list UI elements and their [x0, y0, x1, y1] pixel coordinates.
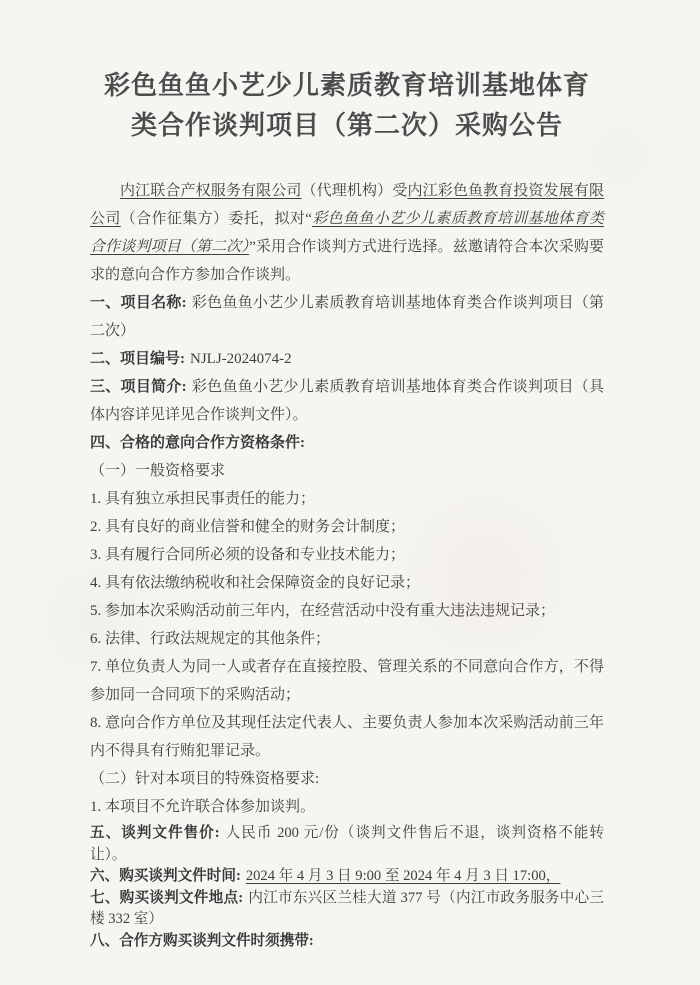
agency-name: 内江联合产权服务有限公司 — [120, 183, 302, 199]
purchase-info-block: 五、谈判文件售价:人民币 200 元/份（谈判文件售后不退，谈判资格不能转让）。… — [90, 823, 604, 952]
intro-paragraph: 内江联合产权服务有限公司（代理机构）受内江彩色鱼教育投资发展有限公司（合作征集方… — [90, 177, 604, 289]
section-project-name: 一、项目名称:彩色鱼鱼小艺少儿素质教育培训基地体育类合作谈判项目（第二次） — [90, 289, 604, 345]
special-item-1: 1. 本项目不允许联合体参加谈判。 — [90, 793, 604, 821]
document-title-line-1: 彩色鱼鱼小艺少儿素质教育培训基地体育 — [90, 66, 604, 106]
general-qualification-heading: （一）一般资格要求 — [90, 457, 604, 485]
section-bring-documents-heading: 八、合作方购买谈判文件时须携带: — [90, 931, 604, 953]
general-item-4: 4. 具有依法缴纳税收和社会保障资金的良好记录； — [90, 569, 604, 597]
general-item-5: 5. 参加本次采购活动前三年内，在经营活动中没有重大违法违规记录； — [90, 597, 604, 625]
document-title-line-2: 类合作谈判项目（第二次）采购公告 — [90, 106, 604, 146]
section-document-price: 五、谈判文件售价:人民币 200 元/份（谈判文件售后不退，谈判资格不能转让）。 — [90, 823, 604, 866]
general-item-6: 6. 法律、行政法规规定的其他条件； — [90, 625, 604, 653]
general-item-2: 2. 具有良好的商业信誉和健全的财务会计制度； — [90, 513, 604, 541]
document-body: 内江联合产权服务有限公司（代理机构）受内江彩色鱼教育投资发展有限公司（合作征集方… — [90, 177, 604, 952]
section-project-brief: 三、项目简介:彩色鱼鱼小艺少儿素质教育培训基地体育类合作谈判项目（具体内容详见详… — [90, 373, 604, 429]
section-2-value: NJLJ-2024074-2 — [190, 351, 292, 367]
section-2-label: 二、项目编号: — [90, 351, 185, 367]
general-item-1: 1. 具有独立承担民事责任的能力； — [90, 485, 604, 513]
section-6-value: 2024 年 4 月 3 日 9:00 至 2024 年 4 月 3 日 17:… — [246, 868, 561, 884]
section-5-label: 五、谈判文件售价: — [90, 825, 220, 841]
section-purchase-time: 六、购买谈判文件时间:2024 年 4 月 3 日 9:00 至 2024 年 … — [90, 866, 604, 888]
intro-text-1: （代理机构）受 — [302, 183, 408, 199]
section-project-number: 二、项目编号:NJLJ-2024074-2 — [90, 345, 604, 373]
section-purchase-location: 七、购买谈判文件地点:内江市东兴区兰桂大道 377 号（内江市政务服务中心三楼 … — [90, 888, 604, 931]
section-1-label: 一、项目名称: — [90, 295, 187, 311]
intro-text-2: （合作征集方）委托，拟对“ — [121, 211, 312, 227]
document-page: 彩色鱼鱼小艺少儿素质教育培训基地体育 类合作谈判项目（第二次）采购公告 内江联合… — [0, 0, 700, 985]
general-item-3: 3. 具有履行合同所必须的设备和专业技术能力； — [90, 541, 604, 569]
general-item-7: 7. 单位负责人为同一人或者存在直接控股、管理关系的不同意向合作方，不得参加同一… — [90, 653, 604, 709]
section-7-label: 七、购买谈判文件地点: — [90, 890, 243, 906]
special-qualification-heading: （二）针对本项目的特殊资格要求: — [90, 765, 604, 793]
section-3-label: 三、项目简介: — [90, 379, 187, 395]
document-title: 彩色鱼鱼小艺少儿素质教育培训基地体育 类合作谈判项目（第二次）采购公告 — [90, 66, 604, 146]
general-item-8: 8. 意向合作方单位及其现任法定代表人、主要负责人参加本次采购活动前三年内不得具… — [90, 709, 604, 765]
section-qualification-heading: 四、合格的意向合作方资格条件: — [90, 429, 604, 457]
section-6-label: 六、购买谈判文件时间: — [90, 868, 241, 884]
